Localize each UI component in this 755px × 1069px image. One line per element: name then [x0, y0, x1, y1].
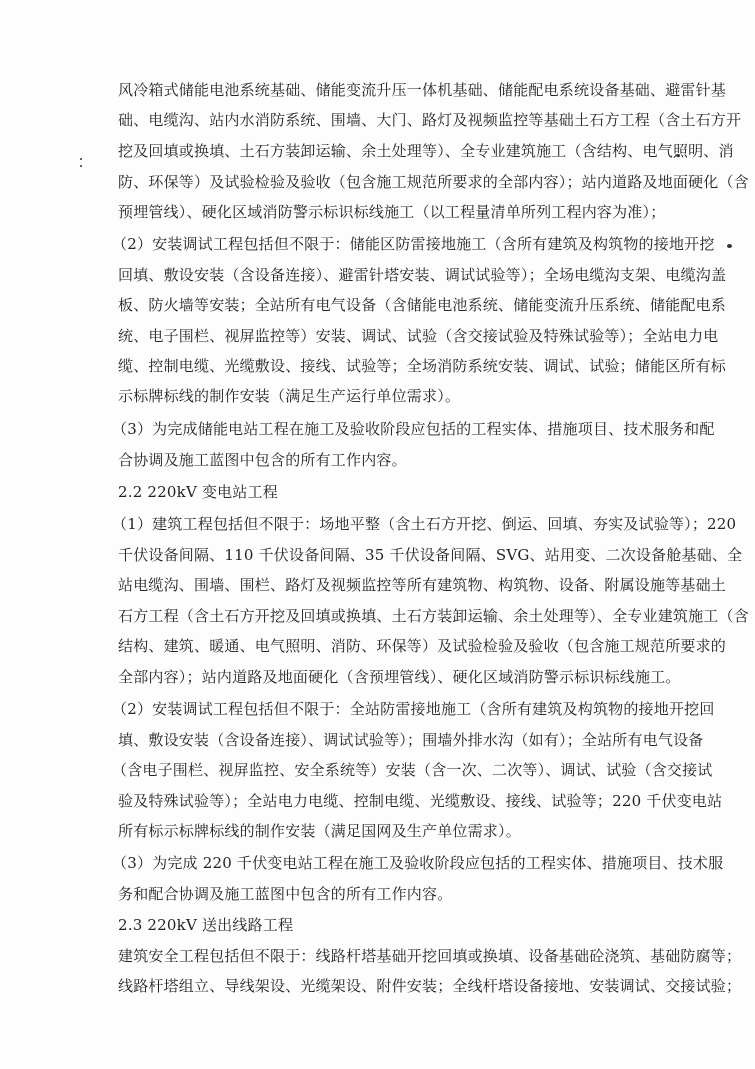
text-line: 础、电缆沟、站内水消防系统、围墙、大门、路灯及视频监控等基础土石方工程（含土石方… [118, 108, 678, 132]
text-line: 所有标示标牌标线的制作安装（满足国网及生产单位需求）。 [118, 819, 678, 843]
text-line: （2）安装调试工程包括但不限于：全站防雷接地施工（含所有建筑及构筑物的接地开挖回 [112, 697, 672, 721]
text-line: 石方工程（含土石方开挖及回填或换填、土石方装卸运输、余土处理等）、全专业建筑施工… [118, 604, 678, 628]
text-line: 合协调及施工蓝图中包含的所有工作内容。 [118, 448, 678, 472]
scan-speck [80, 165, 82, 167]
text-line: 填、敷设安装（含设备连接）、调试试验等）；围墙外排水沟（如有）；全站所有电气设备 [118, 728, 678, 752]
text-line: 建筑安全工程包括但不限于：线路杆塔基础开挖回填或换填、设备基础砼浇筑、基础防腐等… [118, 944, 678, 968]
document-page: 风冷箱式储能电池系统基础、储能变流升压一体机基础、储能配电系统设备基础、避雷针基… [0, 0, 755, 1069]
text-line: 结构、建筑、暖通、电气照明、消防、环保等）及试验检验及验收（包含施工规范所要求的 [118, 634, 678, 658]
text-line: （2）安装调试工程包括但不限于：储能区防雷接地施工（含所有建筑及构筑物的接地开挖 [112, 232, 672, 256]
text-line: 回填、敷设安装（含设备连接）、避雷针塔安装、调试试验等）；全场电缆沟支架、电缆沟… [118, 263, 678, 287]
text-line: （3）为完成储能电站工程在施工及验收阶段应包括的工程实体、措施项目、技术服务和配 [112, 417, 672, 441]
text-line: （1）建筑工程包括但不限于：场地平整（含土石方开挖、倒运、回填、夯实及试验等）；… [112, 512, 672, 536]
text-line: （含电子围栏、视屏监控、安全系统等）安装（含一次、二次等）、调试、试验（含交接试 [112, 758, 672, 782]
section-heading: 2.3 220kV 送出线路工程 [118, 913, 678, 937]
text-line: 缆、控制电缆、光缆敷设、接线、试验等；全场消防系统安装、调试、试验；储能区所有标 [118, 354, 678, 378]
text-line: 板、防火墙等安装；全站所有电气设备（含储能电池系统、储能变流升压系统、储能配电系 [118, 293, 678, 317]
scan-speck [676, 154, 680, 157]
section-heading: 2.2 220kV 变电站工程 [118, 480, 678, 504]
text-line: 站电缆沟、围墙、围栏、路灯及视频监控等所有建筑物、构筑物、设备、附属设施等基础土 [118, 573, 678, 597]
text-line: 预埋管线）、硬化区域消防警示标识标线施工（以工程量清单所列工程内容为准）； [118, 200, 678, 224]
text-line: 风冷箱式储能电池系统基础、储能变流升压一体机基础、储能配电系统设备基础、避雷针基 [118, 78, 678, 102]
text-line: （3）为完成 220 千伏变电站工程在施工及验收阶段应包括的工程实体、措施项目、… [112, 851, 672, 875]
scan-speck [80, 158, 82, 160]
text-line: 线路杆塔组立、导线架设、光缆架设、附件安装；全线杆塔设备接地、安装调试、交接试验… [118, 974, 678, 998]
text-line: 务和配合协调及施工蓝图中包含的所有工作内容。 [118, 882, 678, 906]
text-line: 防、环保等）及试验检验及验收（包含施工规范所要求的全部内容）；站内道路及地面硬化… [118, 170, 678, 194]
text-line: 示标牌标线的制作安装（满足生产运行单位需求）。 [118, 384, 678, 408]
text-line: 千伏设备间隔、110 千伏设备间隔、35 千伏设备间隔、SVG、站用变、二次设备… [118, 543, 678, 567]
text-line: 统、电子围栏、视屏监控等）安装、调试、试验（含交接试验及特殊试验等）；全站电力电 [118, 324, 678, 348]
text-line: 验及特殊试验等）；全站电力电缆、控制电缆、光缆敷设、接线、试验等；220 千伏变… [118, 789, 678, 813]
text-line: 挖及回填或换填、土石方装卸运输、余土处理等）、全专业建筑施工（含结构、电气照明、… [118, 139, 678, 163]
scan-speck [727, 244, 732, 248]
text-line: 全部内容）；站内道路及地面硬化（含预埋管线）、硬化区域消防警示标识标线施工。 [118, 665, 678, 689]
